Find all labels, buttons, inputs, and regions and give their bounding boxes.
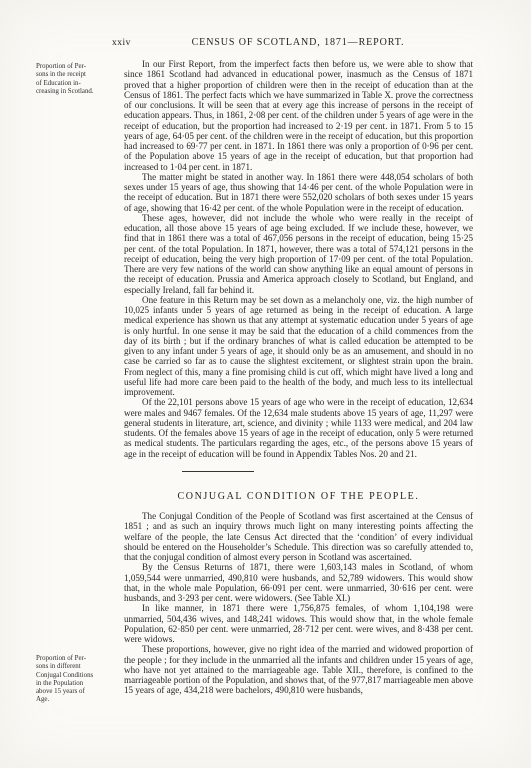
section-conjugal-condition: CONJUGAL CONDITION OF THE PEOPLE. The Co… bbox=[124, 492, 473, 696]
margin-note-education: Proportion of Per- sons in the receipt o… bbox=[36, 63, 124, 96]
running-header: CENSUS OF SCOTLAND, 1871—REPORT. bbox=[123, 37, 473, 48]
margin-note-line: creasing in Scotland. bbox=[36, 88, 124, 96]
education-paragraph-5: Of the 22,101 persons above 15 years of … bbox=[124, 397, 473, 459]
margin-note-line: Proportion of Per- bbox=[36, 655, 124, 663]
section-heading-conjugal-condition: CONJUGAL CONDITION OF THE PEOPLE. bbox=[124, 492, 473, 502]
conjugal-paragraph-1: The Conjugal Condition of the People of … bbox=[124, 511, 473, 562]
main-text-column: In our First Report, from the imperfect … bbox=[124, 59, 473, 696]
education-paragraph-4: One feature in this Return may be set do… bbox=[124, 295, 473, 398]
margin-note-line: sons in different bbox=[36, 663, 124, 671]
conjugal-paragraph-3: In like manner, in 1871 there were 1,756… bbox=[124, 603, 473, 644]
section-education: In our First Report, from the imperfect … bbox=[124, 59, 473, 459]
document-page: xxiv CENSUS OF SCOTLAND, 1871—REPORT. Pr… bbox=[0, 0, 531, 768]
margin-note-line: Conjugal Conditions bbox=[36, 672, 124, 680]
education-paragraph-3: These ages, however, did not include the… bbox=[124, 213, 473, 295]
margin-note-line: above 15 years of bbox=[36, 688, 124, 696]
education-paragraph-2: The matter might be stated in another wa… bbox=[124, 172, 473, 213]
margin-note-line: Proportion of Per- bbox=[36, 63, 124, 71]
margin-note-line: in the Population bbox=[36, 680, 124, 688]
margin-note-conjugal-conditions: Proportion of Per- sons in different Con… bbox=[36, 655, 124, 705]
margin-note-line: sons in the receipt bbox=[36, 71, 124, 79]
conjugal-paragraph-4: These proportions, however, give no righ… bbox=[124, 644, 473, 695]
conjugal-paragraph-2: By the Census Returns of 1871, there wer… bbox=[124, 562, 473, 603]
section-divider-rule bbox=[182, 471, 254, 472]
education-paragraph-1: In our First Report, from the imperfect … bbox=[124, 59, 473, 172]
margin-note-line: of Education in- bbox=[36, 80, 124, 88]
margin-note-line: Age. bbox=[36, 696, 124, 704]
